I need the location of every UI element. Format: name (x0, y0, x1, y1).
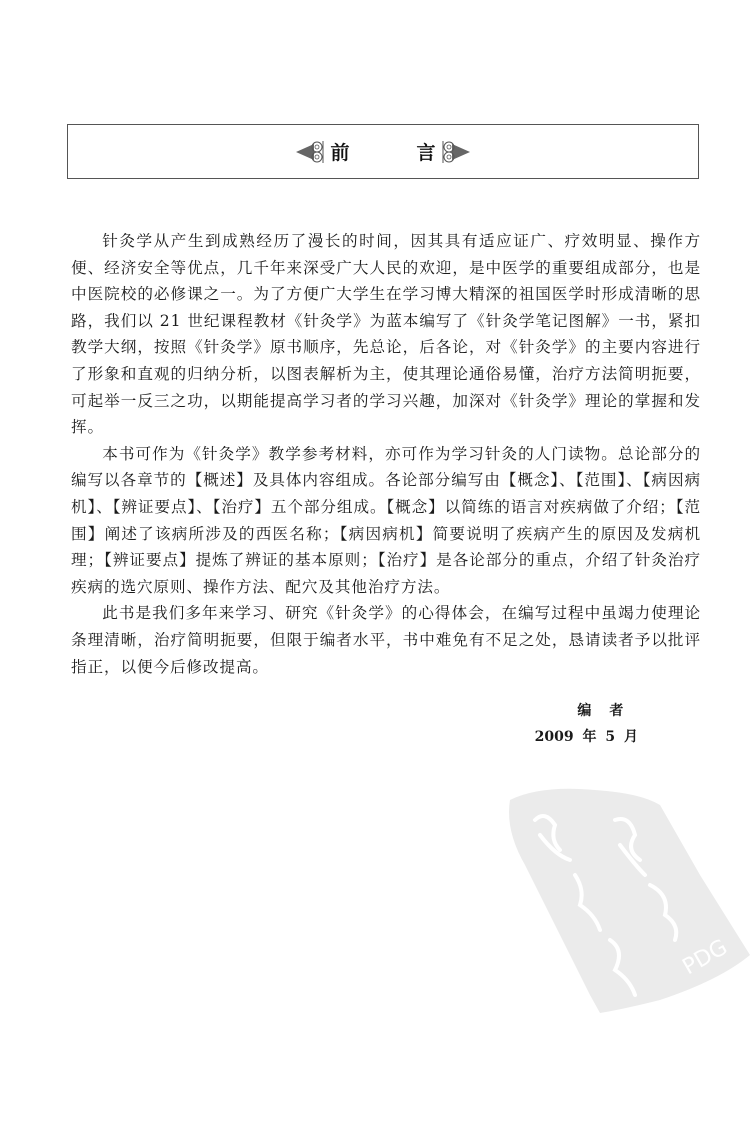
left-cloud-ornament-icon (296, 140, 326, 164)
title-frame: 前 言 (67, 124, 699, 179)
seal-watermark-icon: PDG (500, 765, 750, 1015)
paragraph-2: 本书可作为《针灸学》教学参考材料，亦可作为学习针灸的人门读物。总论部分的编写以各… (71, 441, 701, 601)
paragraph-3: 此书是我们多年来学习、研究《针灸学》的心得体会，在编写过程中虽竭力使理论条理清晰… (71, 600, 701, 680)
signature-block: 编者 2009 年 5 月 (535, 698, 638, 750)
paragraph-1: 针灸学从产生到成熟经历了漫长的时间，因其具有适应证广、疗效明显、操作方便、经济安… (71, 228, 701, 441)
signature-date: 2009 年 5 月 (535, 724, 638, 750)
preface-body: 针灸学从产生到成熟经历了漫长的时间，因其具有适应证广、疗效明显、操作方便、经济安… (71, 228, 701, 680)
signature-author: 编者 (549, 698, 670, 724)
title-banner: 前 言 (296, 138, 469, 165)
right-cloud-ornament-icon (440, 140, 470, 164)
